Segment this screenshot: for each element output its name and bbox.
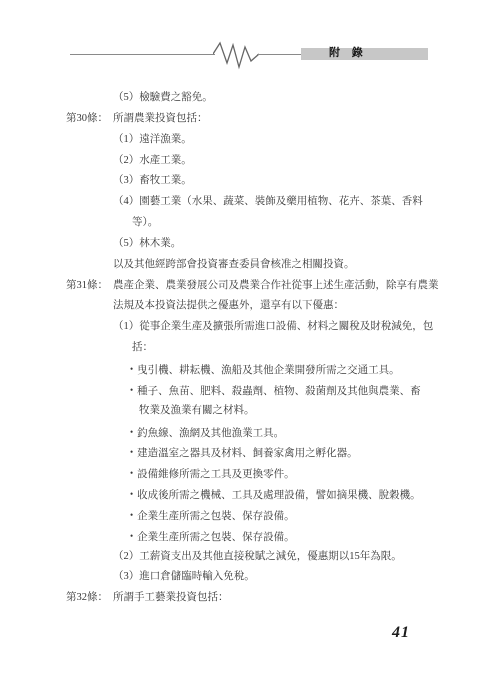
item-marker: （5）	[113, 238, 139, 249]
line-text: 等）。	[132, 217, 158, 228]
bullet-icon: •	[130, 380, 133, 401]
page-number: 41	[392, 624, 410, 642]
document-line: （5）檢驗費之豁免。	[66, 88, 456, 109]
bullet-icon: •	[130, 505, 133, 526]
item-marker: （5）	[113, 92, 139, 103]
document-line: •企業生產所需之包裝、保存設備。	[66, 526, 456, 547]
document-line: •種子、魚苗、肥料、殺蟲劑、植物、殺菌劑及其他與農業、畜	[66, 380, 456, 401]
document-line: 法規及本投資法提供之優惠外，還享有以下優惠：	[66, 296, 456, 317]
line-text: 收成後所需之機械、工具及處理設備，譬如摘果機、脫穀機。	[137, 490, 421, 501]
document-line: 以及其他經跨部會投資審查委員會核准之相關投資。	[66, 255, 456, 276]
header-rule-right	[257, 54, 302, 55]
item-marker: （3）	[113, 571, 139, 582]
document-page: 附 錄 （5）檢驗費之豁免。第30條：所謂農業投資包括：（1）遠洋漁業。（2）水…	[0, 0, 480, 679]
line-text: 種子、魚苗、肥料、殺蟲劑、植物、殺菌劑及其他與農業、畜	[137, 386, 421, 397]
bullet-icon: •	[130, 463, 133, 484]
line-text: 從事企業生產及擴張所需進口設備、材料之關稅及財稅減免，包	[139, 321, 433, 332]
line-text: 法規及本投資法提供之優惠外，還享有以下優惠：	[113, 300, 344, 311]
document-line: •設備維修所需之工具及更換零件。	[66, 463, 456, 484]
document-line: 牧業及漁業有關之材料。	[66, 401, 456, 422]
document-line: 括：	[66, 338, 456, 359]
item-marker: （3）	[113, 175, 139, 186]
line-text: 遠洋漁業。	[139, 134, 192, 145]
line-text: 農產企業、農業發展公司及農業合作社從事上述生產活動，除享有農業	[113, 280, 439, 291]
document-line: •建造溫室之器具及材料、飼養家禽用之孵化器。	[66, 442, 456, 463]
document-line: 第32條：所謂手工藝業投資包括：	[66, 588, 456, 609]
document-line: •曳引機、耕耘機、漁船及其他企業開發所需之交通工具。	[66, 359, 456, 380]
line-text: 畜牧工業。	[139, 175, 192, 186]
document-line: （3）進口倉儲臨時輸入免稅。	[66, 567, 456, 588]
line-text: 企業生產所需之包裝、保存設備。	[137, 511, 295, 522]
document-line: （1）從事企業生產及擴張所需進口設備、材料之關稅及財稅減免，包	[66, 317, 456, 338]
article-label: 第32條：	[66, 588, 113, 609]
item-marker: （2）	[113, 551, 139, 562]
line-text: 所謂農業投資包括：	[113, 113, 208, 124]
item-marker: （4）	[113, 196, 139, 207]
line-text: 牧業及漁業有關之材料。	[139, 405, 255, 416]
bullet-icon: •	[130, 484, 133, 505]
bullet-icon: •	[130, 526, 133, 547]
line-text: 所謂手工藝業投資包括：	[113, 592, 229, 603]
document-line: •企業生產所需之包裝、保存設備。	[66, 505, 456, 526]
header-rule-left	[70, 54, 215, 55]
document-line: （1）遠洋漁業。	[66, 130, 456, 151]
line-text: 以及其他經跨部會投資審查委員會核准之相關投資。	[113, 259, 355, 270]
bullet-icon: •	[130, 422, 133, 443]
article-label: 第30條：	[66, 109, 113, 130]
document-body: （5）檢驗費之豁免。第30條：所謂農業投資包括：（1）遠洋漁業。（2）水產工業。…	[66, 88, 456, 609]
bullet-icon: •	[130, 359, 133, 380]
appendix-tab: 附 錄	[301, 48, 428, 60]
document-line: （5）林木業。	[66, 234, 456, 255]
bullet-icon: •	[130, 442, 133, 463]
appendix-tab-label: 附 錄	[329, 47, 364, 60]
line-text: 設備維修所需之工具及更換零件。	[137, 469, 295, 480]
document-line: 第30條：所謂農業投資包括：	[66, 109, 456, 130]
document-line: 等）。	[66, 213, 456, 234]
line-text: 建造溫室之器具及材料、飼養家禽用之孵化器。	[137, 448, 358, 459]
document-line: （3）畜牧工業。	[66, 171, 456, 192]
article-label: 第31條：	[66, 276, 113, 297]
line-text: 企業生產所需之包裝、保存設備。	[137, 532, 295, 543]
document-line: •收成後所需之機械、工具及處理設備，譬如摘果機、脫穀機。	[66, 484, 456, 505]
document-line: （4）園藝工業（水果、蔬菜、裝飾及藥用植物、花卉、茶葉、香料	[66, 192, 456, 213]
item-marker: （1）	[113, 321, 139, 332]
item-marker: （1）	[113, 134, 139, 145]
line-text: 林木業。	[139, 238, 181, 249]
document-line: （2）工薪資支出及其他直接稅賦之減免，優惠期以15年為限。	[66, 547, 456, 568]
line-text: 園藝工業（水果、蔬菜、裝飾及藥用植物、花卉、茶葉、香料	[139, 196, 423, 207]
document-line: 第31條：農產企業、農業發展公司及農業合作社從事上述生產活動，除享有農業	[66, 276, 456, 297]
line-text: 釣魚線、漁網及其他漁業工具。	[137, 428, 284, 439]
line-text: 工薪資支出及其他直接稅賦之減免，優惠期以15年為限。	[139, 551, 402, 562]
line-text: 進口倉儲臨時輸入免稅。	[139, 571, 255, 582]
line-text: 括：	[132, 342, 153, 353]
document-line: •釣魚線、漁網及其他漁業工具。	[66, 422, 456, 443]
line-text: 水產工業。	[139, 155, 192, 166]
line-text: 檢驗費之豁免。	[139, 92, 213, 103]
line-text: 曳引機、耕耘機、漁船及其他企業開發所需之交通工具。	[137, 365, 400, 376]
item-marker: （2）	[113, 155, 139, 166]
zigzag-mark	[213, 39, 259, 70]
document-line: （2）水產工業。	[66, 151, 456, 172]
